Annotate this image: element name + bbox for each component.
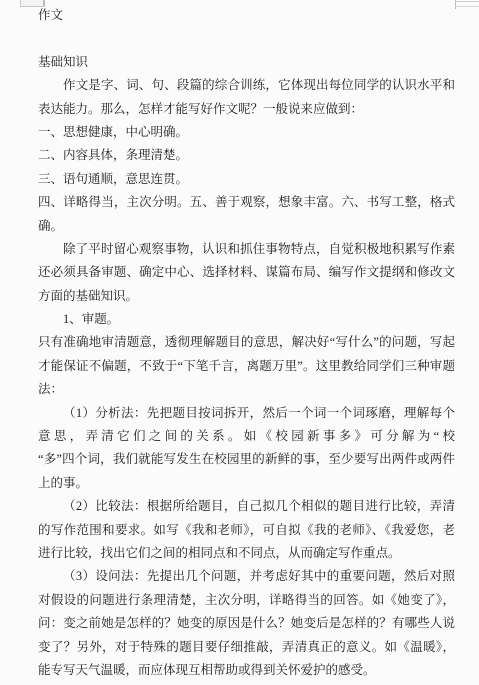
text-line: 只有准确地审清题意，透彻理解题目的意思，解决好“写什么”的问题，写起来 — [38, 331, 455, 354]
text-line: 作文是字、词、句、段篇的综合训练，它体现出每位同学的认识水平和文字 — [38, 74, 455, 97]
text-line: （2）比较法：根据所给题目，自己拟几个相似的题目进行比较，弄清它们 — [38, 495, 455, 518]
text-line: 表达能力。那么，怎样才能写好作文呢？一般说来应做到： — [38, 98, 455, 121]
text-line: 意思，弄清它们之间的关系。如《校园新事多》可分解为“校园”、“新”、“事”、 — [38, 425, 455, 448]
text-line: 一、思想健康，中心明确。 — [38, 121, 455, 144]
document-page: 作文基础知识作文是字、词、句、段篇的综合训练，它体现出每位同学的认识水平和文字表… — [0, 0, 479, 685]
text-line: 1、审题。 — [38, 308, 455, 331]
document-body: 作文基础知识作文是字、词、句、段篇的综合训练，它体现出每位同学的认识水平和文字表… — [38, 4, 455, 682]
text-line: 方面的基础知识。 — [38, 285, 455, 308]
text-line: 除了平时留心观察事物，认识和抓住事物特点，自觉积极地积累写作素材外， — [38, 238, 455, 261]
fragment-horizontal-line — [455, 1, 479, 2]
text-line: 法： — [38, 378, 455, 401]
text-line: 问：变之前她是怎样的？她变的原因是什么？她变后是怎样的？有哪些人说她 — [38, 612, 455, 635]
text-line: 对假设的问题进行条理清楚，主次分明，详略得当的回答。如《她变了》，可提 — [38, 589, 455, 612]
text-line: 三、语句通顺，意思连贯。 — [38, 168, 455, 191]
fragment-horizontal-line — [455, 6, 479, 7]
text-line: 基础知识 — [38, 51, 455, 74]
text-line: 的写作范围和要求。如写《我和老师》，可自拟《我的老师》、《我爱您，老师》 — [38, 519, 455, 542]
text-line: 上的事。 — [38, 472, 455, 495]
text-line: 四、详略得当，主次分明。五、善于观察，想象丰富。六、书写工整，格式正 — [38, 191, 455, 214]
text-line: 二、内容具体，条理清楚。 — [38, 144, 455, 167]
text-line: 进行比较，找出它们之间的相同点和不同点，从而确定写作重点。 — [38, 542, 455, 565]
text-line: 才能保证不偏题，不致于“下笔千言，离题万里”。这里教给同学们三种审题方 — [38, 355, 455, 378]
text-line: 确。 — [38, 215, 455, 238]
text-line: 作文 — [38, 4, 455, 27]
text-line: “多”四个词，我们就能写发生在校园里的新鲜的事，至少要写出两件或两件以 — [38, 448, 455, 471]
text-line: 还必须具备审题、确定中心、选择材料、谋篇布局、编写作文提纲和修改文章等 — [38, 261, 455, 284]
cropped-ui-fragment-right — [452, 0, 479, 11]
text-line: （1）分析法：先把题目按词拆开，然后一个词一个词琢磨，理解每个词的 — [38, 402, 455, 425]
text-line: 能专写天气温暖，而应体现互相帮助或得到关怀爱护的感受。 — [38, 659, 455, 682]
text-line: （3）设问法：先提出几个问题，并考虑好其中的重要问题，然后对照题目 — [38, 565, 455, 588]
text-line: 变了？另外，对于特殊的题目要仔细推敲，弄清真正的意义。如《温暖》，就不 — [38, 636, 455, 659]
blank-line — [38, 27, 455, 50]
